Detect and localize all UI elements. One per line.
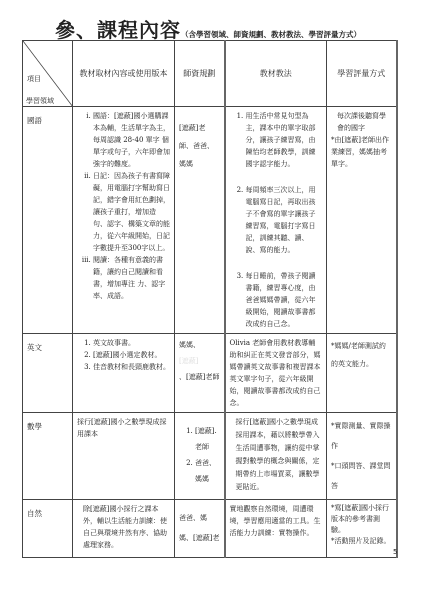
subject-cell: 英文 (23, 334, 73, 413)
teacher-line: 媽媽、 (179, 337, 220, 353)
teachers-cell: [遮蔽]老 師、爸爸、 媽媽 (175, 107, 225, 334)
method-text: 採行[遮蔽]國小之數學現成採用課本，藉以將數學帶入生活周遭事物，讓約從中掌握對數… (230, 416, 323, 494)
curriculum-table: 項目 學習領域 教材取材內容或使用版本 師資規劃 教材教法 學習評量方式 國語 … (22, 40, 398, 558)
material-item: [遮蔽]國小選定教材。 (93, 349, 170, 361)
methods-cell: 實地觀察自然環境，周遭環境，學習應用適當的工具。生活能力力訓練：實物操作。 (225, 500, 327, 558)
materials-cell: 國語：[遮蔽]國小選購課本為輔，生活單字為主，每周認識 28-40 單字 個單字… (73, 107, 175, 334)
teacher-line: 爸爸、媽 (179, 508, 220, 528)
method-item: 用生活中常見句型為主，課本中的單字取部分，讓孩子練習寫，由陳怡均老師教學，訓練國… (246, 110, 323, 170)
material-item: 日記：因為孩子有書寫障礙，用電腦打字幫助寫日記，錯字會用紅色劃掉，讓孩子重打，增… (93, 170, 170, 254)
teachers-cell: 爸爸、媽 媽、[遮蔽]老 (175, 500, 225, 558)
header-row: 項目 學習領域 教材取材內容或使用版本 師資規劃 教材教法 學習評量方式 (23, 41, 397, 107)
teacher-line: [遮蔽]老 (179, 119, 220, 137)
assessment-cell: *媽媽/老師測試約 的英文能力。 (327, 334, 397, 413)
header-materials: 教材取材內容或使用版本 (73, 41, 175, 107)
header-teachers: 師資規劃 (175, 41, 225, 107)
methods-cell: 用生活中常見句型為主，課本中的單字取部分，讓孩子練習寫，由陳怡均老師教學，訓練國… (225, 107, 327, 334)
assessment-cell: 每次課後聽寫學會的國字 *由[遮蔽]老師出作業練習，媽媽抽考單字。 (327, 107, 397, 334)
table-row-chinese: 國語 國語：[遮蔽]國小選購課本為輔，生活單字為主，每周認識 28-40 單字 … (23, 107, 397, 334)
teacher-line: 、[遮蔽]老師 (179, 369, 220, 385)
assessment-line: *媽媽/老師測試約 (331, 337, 392, 355)
section-title-main: 參、課程內容 (55, 18, 181, 42)
assessment-line: 每次課後聽寫學會的國字 (331, 110, 392, 134)
method-item: 每周頻率三次以上，用電腦寫日記，再取出孩子不會寫的單字讓孩子練習寫，電腦打字寫日… (246, 184, 323, 256)
table-row-english: 英文 英文故事書。 [遮蔽]國小選定教材。 佳音教材和長頸鹿教材。 媽媽、 [遮… (23, 334, 397, 413)
assessment-cell: *實際測量、實際操作 *口頭問答、課堂問答 (327, 413, 397, 500)
teacher-line: [遮蔽] (179, 353, 220, 369)
methods-cell: 採行[遮蔽]國小之數學現成採用課本，藉以將數學帶入生活周遭事物，讓約從中掌握對數… (225, 413, 327, 500)
material-item: 國語：[遮蔽]國小選購課本為輔，生活單字為主，每周認識 28-40 單字 個單字… (93, 110, 170, 170)
method-item: 每日睡前，帶孩子閱讀書籍，練習專心度，由爸爸媽媽帶讀，從六年級開始，閱讀故事書都… (246, 270, 323, 330)
teacher-line: 媽媽 (179, 155, 220, 173)
materials-cell: 英文故事書。 [遮蔽]國小選定教材。 佳音教材和長頸鹿教材。 (73, 334, 175, 413)
page-number: 5 (393, 548, 397, 556)
section-title: 參、課程內容（含學習領域、師資規劃、教材教法、學習評量方式） (55, 14, 361, 43)
header-assessment: 學習評量方式 (327, 41, 397, 107)
material-item: 佳音教材和長頸鹿教材。 (93, 361, 170, 373)
assessment-line: *由[遮蔽]老師出作業練習，媽媽抽考單字。 (331, 134, 392, 170)
corner-item-label: 項目 (27, 71, 41, 87)
methods-cell: Olivia 老師會用教材教導輔助和糾正在英文發音部分，媽媽帶讀英文故事書和複習… (225, 334, 327, 413)
teacher-line: 媽、[遮蔽]老 (179, 528, 220, 548)
teachers-cell: 媽媽、 [遮蔽] 、[遮蔽]老師 (175, 334, 225, 413)
corner-header: 項目 學習領域 (23, 41, 73, 107)
materials-cell: 採行[遮蔽]國小之數學現成採用課本 (73, 413, 175, 500)
method-text: 實地觀察自然環境，周遭環境，學習應用適當的工具。生活能力力訓練：實物操作。 (230, 503, 323, 539)
teacher-line: 爸爸、媽媽 (195, 455, 220, 487)
subject-cell: 國語 (23, 107, 73, 334)
assessment-line: *活動照片及記錄。 (331, 536, 392, 547)
material-item: 英文故事書。 (93, 337, 170, 349)
materials-cell: 除[遮蔽]國小採行之課本外，輔以生活能力訓練：使自己與環境井然有序、協助處理家務… (73, 500, 175, 558)
assessment-line: *寫[遮蔽]國小採行版本的參考書測驗。 (331, 503, 392, 536)
assessment-cell: *寫[遮蔽]國小採行版本的參考書測驗。 *活動照片及記錄。 (327, 500, 397, 558)
assessment-line: *實際測量、實際操作 (331, 416, 392, 456)
method-text: Olivia 老師會用教材教導輔助和糾正在英文發音部分，媽媽帶讀英文故事書和複習… (230, 337, 323, 409)
teacher-line: [遮蔽].老師 (195, 423, 220, 455)
section-title-sub: （含學習領域、師資規劃、教材教法、學習評量方式） (181, 30, 361, 39)
table-row-science: 自然 除[遮蔽]國小採行之課本外，輔以生活能力訓練：使自己與環境井然有序、協助處… (23, 500, 397, 558)
assessment-line: 的英文能力。 (331, 355, 392, 373)
material-text: 採行[遮蔽]國小之數學現成採用課本 (77, 416, 170, 440)
subject-cell: 數學 (23, 413, 73, 500)
corner-domain-label: 學習領域 (26, 93, 54, 109)
teachers-cell: [遮蔽].老師 爸爸、媽媽 (175, 413, 225, 500)
teacher-line: 師、爸爸、 (179, 137, 220, 155)
subject-cell: 自然 (23, 500, 73, 558)
table-row-math: 數學 採行[遮蔽]國小之數學現成採用課本 [遮蔽].老師 爸爸、媽媽 採行[遮蔽… (23, 413, 397, 500)
material-item: 閱讀：各種有意義的書籍，讓約自己閱讀和看書，增加專注 力、認字率、成語。 (93, 254, 170, 302)
material-text: 除[遮蔽]國小採行之課本外，輔以生活能力訓練：使自己與環境井然有序、協助處理家務… (77, 503, 170, 551)
assessment-line: *口頭問答、課堂問答 (331, 456, 392, 496)
header-methods: 教材教法 (225, 41, 327, 107)
